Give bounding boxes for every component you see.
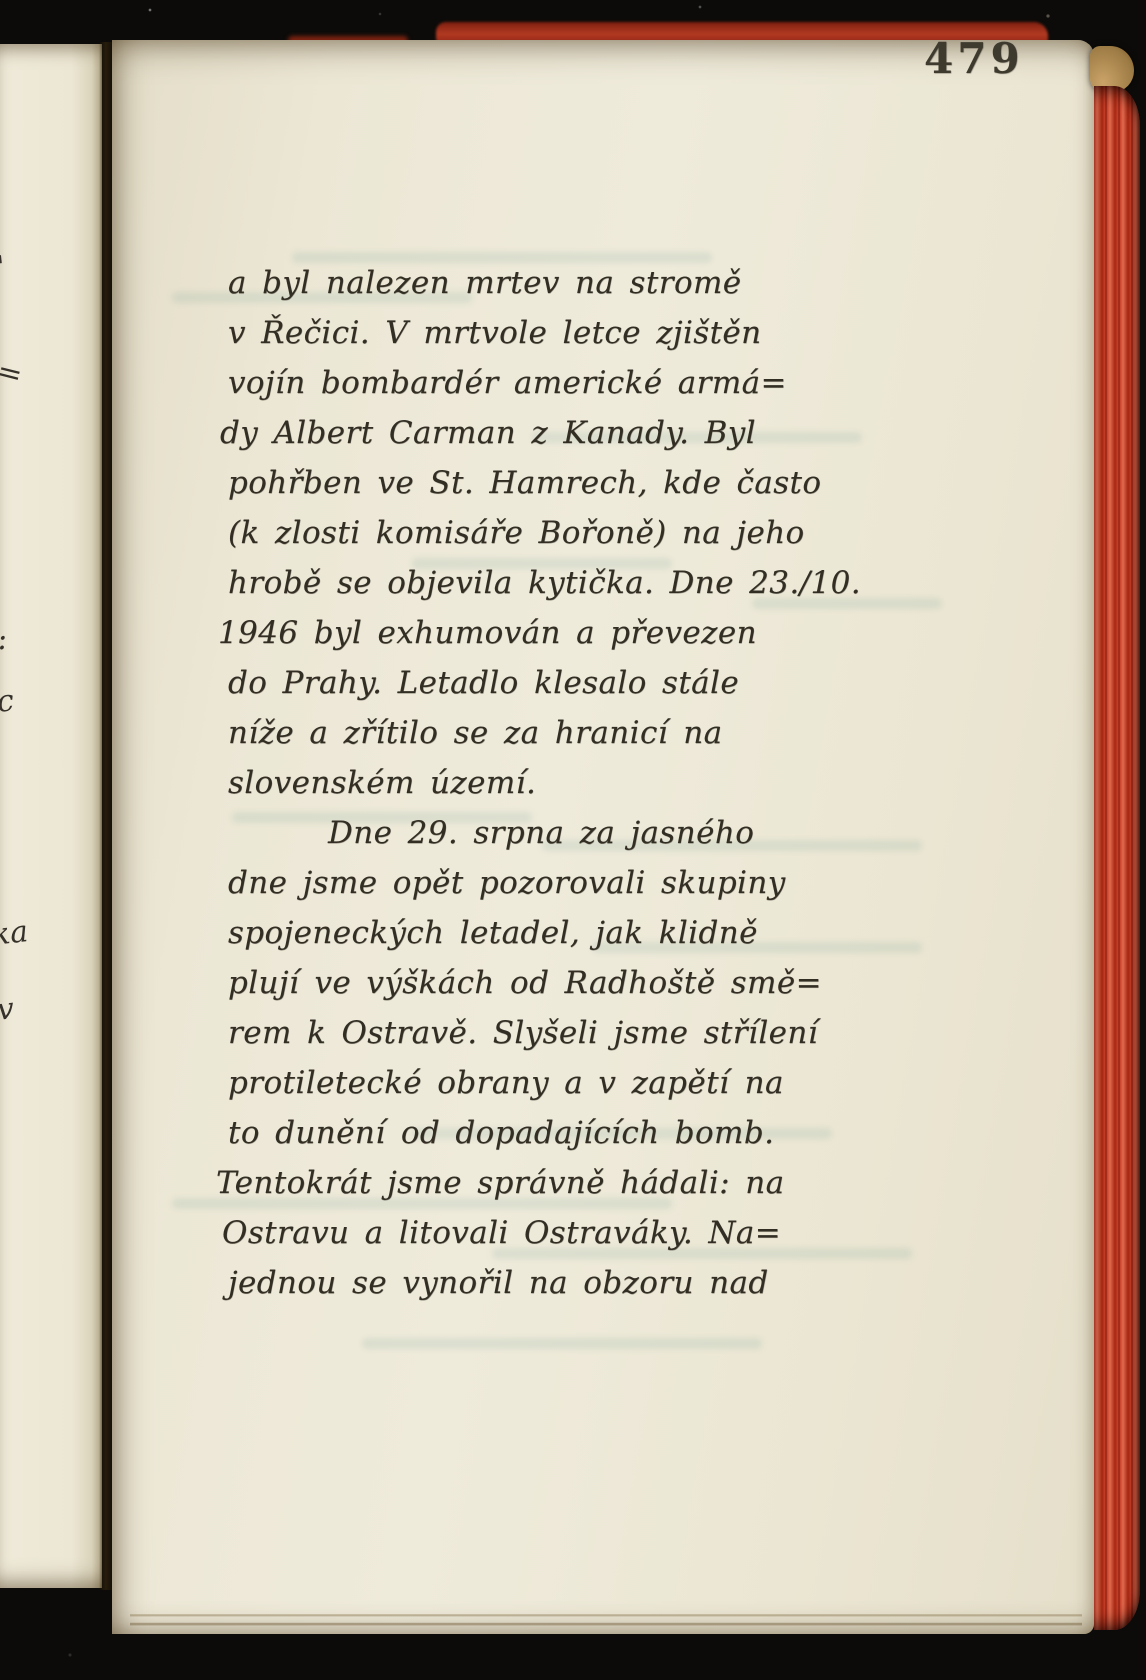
manuscript-line: Tentokrát jsme správně hádali: na xyxy=(216,1158,928,1208)
manuscript-line: dy Albert Carman z Kanady. Byl xyxy=(220,408,928,458)
manuscript-line: rem k Ostravě. Slyšeli jsme střílení xyxy=(228,1008,928,1058)
ink-showthrough xyxy=(362,1338,762,1349)
handwriting-fragment: ka xyxy=(0,914,30,953)
book-photograph: ' = : c ka v 479 a byl nalezen mrtev na … xyxy=(0,0,1146,1680)
manuscript-line-paragraph-start: Dne 29. srpna za jasného xyxy=(228,808,928,858)
handwriting-fragment: : xyxy=(0,622,9,658)
manuscript-line: to dunění od dopadajících bomb. xyxy=(228,1108,928,1158)
manuscript-line: spojeneckých letadel, jak klidně xyxy=(228,908,928,958)
manuscript-line: v Řečici. V mrtvole letce zjištěn xyxy=(228,308,928,358)
manuscript-line: plují ve výškách od Radhoště smě= xyxy=(228,958,928,1008)
manuscript-line: pohřben ve St. Hamrech, kde často xyxy=(228,458,928,508)
stacked-page-edges xyxy=(130,1606,1082,1634)
handwriting-fragment: c xyxy=(0,683,16,720)
manuscript-line: jednou se vynořil na obzoru nad xyxy=(228,1258,928,1308)
manuscript-line: vojín bombardér americké armá= xyxy=(228,358,928,408)
handwriting-fragment: v xyxy=(0,991,16,1028)
manuscript-line: do Prahy. Letadlo klesalo stále xyxy=(228,658,928,708)
chronicle-page: 479 a byl nalezen mrtev na stromě v Řeči… xyxy=(112,40,1094,1634)
manuscript-line: dne jsme opět pozorovali skupiny xyxy=(228,858,928,908)
manuscript-line: protiletecké obrany a v zapětí na xyxy=(228,1058,928,1108)
manuscript-line: slovenském území. xyxy=(228,758,928,808)
previous-page-sliver: ' = : c ka v xyxy=(0,44,102,1588)
handwriting-fragment: ' xyxy=(0,250,7,286)
manuscript-line: 1946 byl exhumován a převezen xyxy=(218,608,928,658)
red-fore-edge xyxy=(1094,86,1140,1630)
manuscript-text: a byl nalezen mrtev na stromě v Řečici. … xyxy=(228,258,928,1308)
manuscript-line: Ostravu a litovali Ostraváky. Na= xyxy=(222,1208,928,1258)
manuscript-line: hrobě se objevila kytička. Dne 23./10. xyxy=(228,558,928,608)
manuscript-line: níže a zřítilo se za hranicí na xyxy=(228,708,928,758)
manuscript-line: a byl nalezen mrtev na stromě xyxy=(228,258,928,308)
page-number: 479 xyxy=(924,34,1024,83)
manuscript-line: (k zlosti komisáře Bořoně) na jeho xyxy=(228,508,928,558)
handwriting-fragment: = xyxy=(0,353,26,393)
